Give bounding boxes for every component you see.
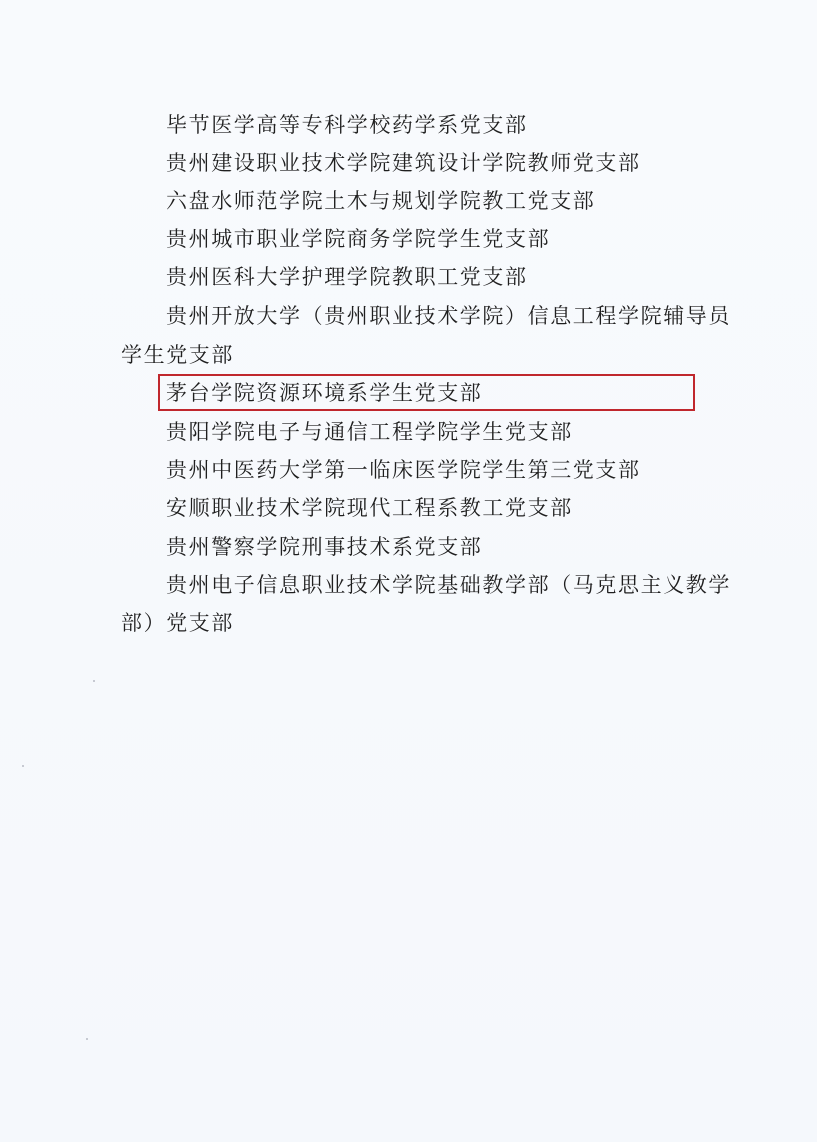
list-item: 贵州中医药大学第一临床医学院学生第三党支部 [166, 458, 641, 482]
document-page: 毕节医学高等专科学校药学系党支部 贵州建设职业技术学院建筑设计学院教师党支部 六… [0, 0, 817, 1142]
list-item: 贵州开放大学（贵州职业技术学院）信息工程学院辅导员 [166, 304, 731, 328]
scan-speck [86, 1038, 88, 1040]
list-item: 贵州电子信息职业技术学院基础教学部（马克思主义教学 [166, 573, 731, 597]
list-item: 贵州建设职业技术学院建筑设计学院教师党支部 [166, 151, 641, 175]
scan-speck [93, 680, 95, 682]
list-item: 六盘水师范学院土木与规划学院教工党支部 [166, 189, 595, 213]
scan-speck [22, 765, 24, 767]
list-item-continuation: 部）党支部 [121, 611, 234, 635]
list-item: 贵州城市职业学院商务学院学生党支部 [166, 227, 550, 251]
list-item: 毕节医学高等专科学校药学系党支部 [166, 113, 528, 137]
list-item-highlighted: 茅台学院资源环境系学生党支部 [166, 381, 482, 405]
list-item: 安顺职业技术学院现代工程系教工党支部 [166, 496, 573, 520]
list-item: 贵阳学院电子与通信工程学院学生党支部 [166, 420, 573, 444]
list-item-continuation: 学生党支部 [121, 343, 234, 367]
list-item: 贵州医科大学护理学院教职工党支部 [166, 265, 528, 289]
list-item: 贵州警察学院刑事技术系党支部 [166, 535, 482, 559]
